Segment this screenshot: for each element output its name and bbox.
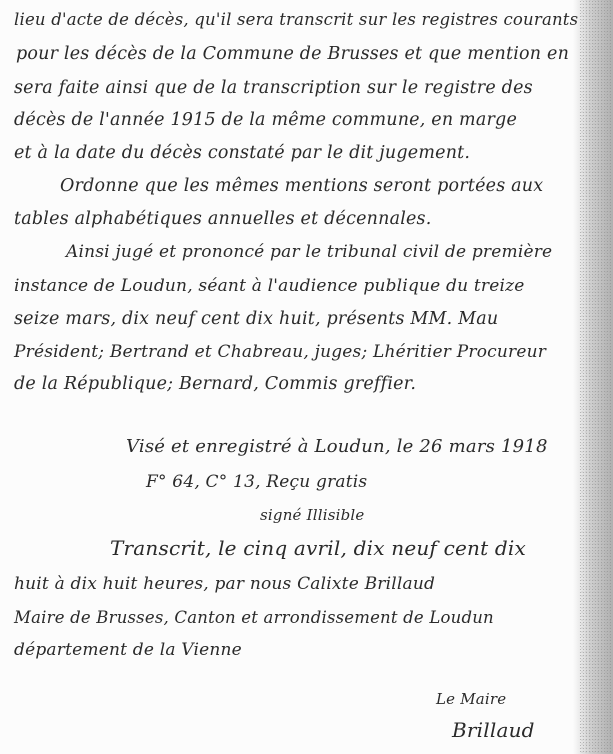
- text-line: sera faite ainsi que de la transcription…: [14, 78, 533, 98]
- text-line: lieu d'acte de décès, qu'il sera transcr…: [14, 10, 578, 29]
- text-line: huit à dix huit heures, par nous Calixte…: [14, 574, 435, 594]
- text-line: tables alphabétiques annuelles et décenn…: [14, 209, 432, 229]
- text-line: département de la Vienne: [14, 640, 242, 660]
- text-line: décès de l'année 1915 de la même commune…: [14, 110, 517, 130]
- scanned-document-page: lieu d'acte de décès, qu'il sera transcr…: [0, 0, 613, 754]
- scan-edge-noise: [579, 0, 613, 754]
- text-line: Ainsi jugé et prononcé par le tribunal c…: [66, 242, 552, 262]
- text-line: instance de Loudun, séant à l'audience p…: [14, 276, 525, 296]
- text-line: signé Illisible: [260, 506, 365, 524]
- text-line: seize mars, dix neuf cent dix huit, prés…: [14, 309, 498, 329]
- text-line: Visé et enregistré à Loudun, le 26 mars …: [126, 436, 548, 457]
- signature-title: Le Maire: [436, 690, 506, 708]
- text-line: Maire de Brusses, Canton et arrondisseme…: [14, 608, 494, 627]
- text-line: Ordonne que les mêmes mentions seront po…: [60, 176, 543, 196]
- text-line: F° 64, C° 13, Reçu gratis: [146, 472, 367, 492]
- text-line: Transcrit, le cinq avril, dix neuf cent …: [110, 536, 526, 560]
- text-line: de la République; Bernard, Commis greffi…: [14, 374, 416, 394]
- text-line: et à la date du décès constaté par le di…: [14, 143, 470, 163]
- text-line: pour les décès de la Commune de Brusses …: [16, 44, 569, 64]
- text-line: Président; Bertrand et Chabreau, juges; …: [14, 342, 546, 362]
- signature-name: Brillaud: [452, 718, 535, 742]
